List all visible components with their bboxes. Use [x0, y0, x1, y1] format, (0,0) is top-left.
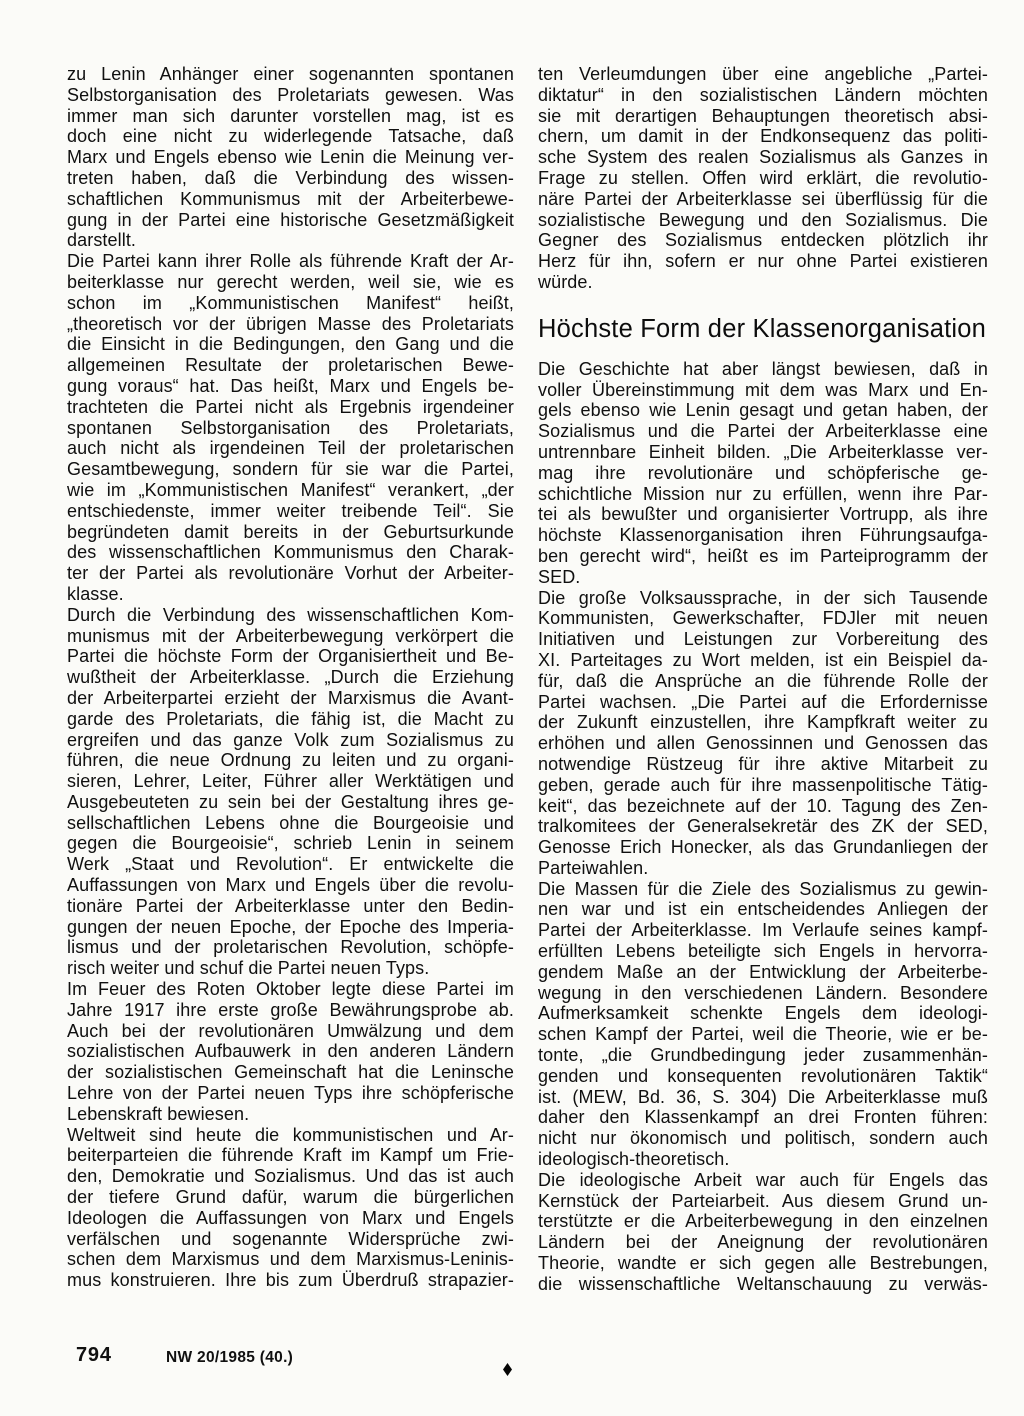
text-line: den, Demokratie und Sozialismus. Und das… — [67, 1166, 514, 1187]
text-line: mus konstruieren. Ihre bis zum Überdruß … — [67, 1270, 514, 1291]
text-line: Selbstorganisation des Proletariats gewe… — [67, 85, 514, 106]
text-line: Gesamtbewegung, sondern für sie war die … — [67, 459, 514, 480]
text-line: schen Kampf der Partei, weil die Theorie… — [538, 1024, 988, 1045]
scanned-page: zu Lenin Anhänger einer sogenannten spon… — [0, 0, 1024, 1416]
text-line: Die ideologische Arbeit war auch für Eng… — [538, 1170, 988, 1191]
paragraph: Im Feuer des Roten Oktober legte diese P… — [67, 979, 514, 1125]
text-line: Lebenskraft bewiesen. — [67, 1104, 514, 1125]
text-line: trachteten die Partei nicht als Ergebnis… — [67, 397, 514, 418]
paragraph: ten Verleumdungen über eine angebliche „… — [538, 64, 988, 293]
paragraph: Die große Volksaussprache, in der sich T… — [538, 588, 988, 879]
text-line: wußtheit der Arbeiterklasse. „Durch die … — [67, 667, 514, 688]
text-line: allgemeinen Resultate der proletarischen… — [67, 355, 514, 376]
text-line: diktatur“ in den sozialistischen Ländern… — [538, 85, 988, 106]
text-line: Theorie, wandte er sich gegen alle Bestr… — [538, 1253, 988, 1274]
text-line: erfüllten Lebens beteiligte sich Engels … — [538, 941, 988, 962]
text-line: ideologisch-theoretisch. — [538, 1149, 988, 1170]
text-line: des wissenschaftlichen Kommunismus den C… — [67, 542, 514, 563]
paragraph: Die ideologische Arbeit war auch für Eng… — [538, 1170, 988, 1295]
text-line: der tiefere Grund dafür, warum die bürge… — [67, 1187, 514, 1208]
text-line: schen dem Marxismus und dem Marxismus-Le… — [67, 1249, 514, 1270]
page-number: 794 — [76, 1344, 112, 1367]
text-line: untrennbare Einheit bilden. „Die Arbeite… — [538, 442, 988, 463]
text-line: der Zukunft einzustellen, ihre Kampfkraf… — [538, 712, 988, 733]
section-heading: Höchste Form der Klassenorganisation — [538, 316, 988, 343]
paragraph: Die Massen für die Ziele des Sozialismus… — [538, 879, 988, 1170]
text-line: Initiativen und Leistungen zur Vorbereit… — [538, 629, 988, 650]
text-line: doch eine nicht zu widerlegende Tatsache… — [67, 126, 514, 147]
text-line: beiterparteien die führende Kraft im Kam… — [67, 1145, 514, 1166]
text-line: munismus mit der Arbeiterbewegung verkör… — [67, 626, 514, 647]
text-line: terstützte er die Arbeiterbewegung in de… — [538, 1211, 988, 1232]
text-line: gegen die Bourgeoisie“, schrieb Lenin in… — [67, 833, 514, 854]
text-line: SED. — [538, 567, 988, 588]
text-line: Lehre von der Partei neuen Typs ihre sch… — [67, 1083, 514, 1104]
text-line: schaftlichen Kommunismus mit der Arbeite… — [67, 189, 514, 210]
diamond-mark — [503, 1363, 512, 1376]
text-line: geben, gerade auch für ihre massenpoliti… — [538, 775, 988, 796]
text-line: voller Übereinstimmung mit dem was Marx … — [538, 380, 988, 401]
text-line: „theoretisch vor der übrigen Masse des P… — [67, 314, 514, 335]
text-line: Werk „Staat und Revolution“. Er entwicke… — [67, 854, 514, 875]
text-line: führen, die neue Ordnung zu leiten und z… — [67, 750, 514, 771]
text-line: Auffassungen von Marx und Engels über di… — [67, 875, 514, 896]
paragraph: Die Geschichte hat aber längst bewiesen,… — [538, 359, 988, 588]
text-line: Herz für ihn, sofern er nur ohne Partei … — [538, 251, 988, 272]
text-line: ter der Partei als revolutionäre Vorhut … — [67, 563, 514, 584]
issue-label: NW 20/1985 (40.) — [166, 1349, 293, 1367]
text-line: der sozialistischen Gemeinschaft hat die… — [67, 1062, 514, 1083]
text-line: sozialistischen Aufbauwerk in den andere… — [67, 1041, 514, 1062]
text-line: ergreifen und das ganze Volk zum Soziali… — [67, 730, 514, 751]
text-line: wie im „Kommunistischen Manifest“ verank… — [67, 480, 514, 501]
text-line: tonte, „die Grundbedingung jeder zusamme… — [538, 1045, 988, 1066]
text-line: die Einsicht in die Bedingungen, den Gan… — [67, 334, 514, 355]
text-line: sellschaftlichen Lebens ohne die Bourgeo… — [67, 813, 514, 834]
text-line: sieren, Lehrer, Leiter, Führer aller Wer… — [67, 771, 514, 792]
text-line: nen war und ist ein entscheidendes Anlie… — [538, 899, 988, 920]
text-line: treten haben, daß die Verbindung des wis… — [67, 168, 514, 189]
text-line: nicht nur ökonomisch und politisch, sond… — [538, 1128, 988, 1149]
text-line: chern, um damit in der Endkonsequenz das… — [538, 126, 988, 147]
text-line: Gegner des Sozialismus entdecken plötzli… — [538, 230, 988, 251]
text-line: Partei die höchste Form der Organisierth… — [67, 646, 514, 667]
text-line: Frage zu stellen. Offen wird erklärt, di… — [538, 168, 988, 189]
text-line: gels ebenso wie Lenin gesagt und getan h… — [538, 400, 988, 421]
paragraph: Weltweit sind heute die kommunistischen … — [67, 1125, 514, 1291]
text-line: beiterklasse nur gerecht werden, weil si… — [67, 272, 514, 293]
text-line: sche System des realen Sozialismus als G… — [538, 147, 988, 168]
text-line: spontanen Selbstorganisation des Proleta… — [67, 418, 514, 439]
text-line: Jahre 1917 ihre erste große Bewährungspr… — [67, 1000, 514, 1021]
text-line: der Arbeiterpartei erzieht der Marxismus… — [67, 688, 514, 709]
text-line: gung in der Partei eine historische Gese… — [67, 210, 514, 231]
text-line: Ausgebeuteten zu sein bei der Gestaltung… — [67, 792, 514, 813]
text-line: Partei der Arbeiterklasse. Im Verlaufe s… — [538, 920, 988, 941]
text-line: garde des Proletariats, die fähig ist, d… — [67, 709, 514, 730]
text-line: klasse. — [67, 584, 514, 605]
text-line: gendem Maße an der Entwicklung der Arbei… — [538, 962, 988, 983]
text-line: Partei wachsen. „Die Partei auf die Erfo… — [538, 692, 988, 713]
right-column: ten Verleumdungen über eine angebliche „… — [538, 64, 988, 1295]
text-line: Ländern bei der Aneignung der revolution… — [538, 1232, 988, 1253]
text-line: Die Geschichte hat aber längst bewiesen,… — [538, 359, 988, 380]
text-line: schon im „Kommunistischen Manifest“ heiß… — [67, 293, 514, 314]
text-line: ben gerecht wird“, heißt es im Parteipro… — [538, 546, 988, 567]
text-line: würde. — [538, 272, 988, 293]
text-line: entschiedenste, immer weiter treibende T… — [67, 501, 514, 522]
text-line: Aufmerksamkeit schenkte Engels dem ideol… — [538, 1003, 988, 1024]
left-column: zu Lenin Anhänger einer sogenannten spon… — [67, 64, 514, 1291]
text-line: Die Massen für die Ziele des Sozialismus… — [538, 879, 988, 900]
text-line: für, daß die Ansprüche an die führende R… — [538, 671, 988, 692]
text-line: notwendige Rüstzeug für ihre aktive Mita… — [538, 754, 988, 775]
text-line: gung voraus“ hat. Das heißt, Marx und En… — [67, 376, 514, 397]
text-line: Marx und Engels ebenso wie Lenin die Mei… — [67, 147, 514, 168]
text-line: tei als bewußter und organisierter Vortr… — [538, 504, 988, 525]
text-line: immer man sich darunter vorstellen mag, … — [67, 106, 514, 127]
text-line: sie mit derartigen Behauptungen theoreti… — [538, 106, 988, 127]
text-line: Kommunisten, Gewerkschafter, FDJler mit … — [538, 608, 988, 629]
text-line: gungen der neuen Epoche, der Epoche des … — [67, 917, 514, 938]
text-line: schichtliche Mission nur zu erfüllen, we… — [538, 484, 988, 505]
text-line: mag ihre revolutionäre und schöpferische… — [538, 463, 988, 484]
text-line: Ideologen die Auffassungen von Marx und … — [67, 1208, 514, 1229]
text-line: begründeten damit bereits in der Geburts… — [67, 522, 514, 543]
text-line: keit“, das bezeichnete auf der 10. Tagun… — [538, 796, 988, 817]
paragraph: Die Partei kann ihrer Rolle als führende… — [67, 251, 514, 605]
text-line: darstellt. — [67, 230, 514, 251]
text-line: lismus und der proletarischen Revolution… — [67, 937, 514, 958]
text-line: ist. (MEW, Bd. 36, S. 304) Die Arbeiterk… — [538, 1087, 988, 1108]
text-line: zu Lenin Anhänger einer sogenannten spon… — [67, 64, 514, 85]
text-line: tralkomitees der Generalsekretär des ZK … — [538, 816, 988, 837]
text-line: Kernstück der Parteiarbeit. Aus diesem G… — [538, 1191, 988, 1212]
text-line: tionäre Partei der Arbeiterklasse unter … — [67, 896, 514, 917]
text-line: verfälschen und sogenannte Widersprüche … — [67, 1229, 514, 1250]
text-line: genden und konsequenten revolutionären T… — [538, 1066, 988, 1087]
text-line: sozialistische Bewegung und den Sozialis… — [538, 210, 988, 231]
text-line: Parteiwahlen. — [538, 858, 988, 879]
text-line: Auch bei der revolutionären Umwälzung un… — [67, 1021, 514, 1042]
text-line: Weltweit sind heute die kommunistischen … — [67, 1125, 514, 1146]
text-line: Sozialismus und die Partei der Arbeiterk… — [538, 421, 988, 442]
text-line: höchste Klassenorganisation ihren Führun… — [538, 525, 988, 546]
text-line: die wissenschaftliche Weltanschauung zu … — [538, 1274, 988, 1295]
text-line: Durch die Verbindung des wissenschaftlic… — [67, 605, 514, 626]
text-line: risch weiter und schuf die Partei neuen … — [67, 958, 514, 979]
text-line: daher den Klassenkampf an drei Fronten f… — [538, 1107, 988, 1128]
text-line: näre Partei der Arbeiterklasse sei überf… — [538, 189, 988, 210]
text-line: wegung in den verschiedenen Ländern. Bes… — [538, 983, 988, 1004]
text-line: Die große Volksaussprache, in der sich T… — [538, 588, 988, 609]
text-line: ten Verleumdungen über eine angebliche „… — [538, 64, 988, 85]
text-line: Die Partei kann ihrer Rolle als führende… — [67, 251, 514, 272]
paragraph: Durch die Verbindung des wissenschaftlic… — [67, 605, 514, 979]
text-line: Im Feuer des Roten Oktober legte diese P… — [67, 979, 514, 1000]
text-line: erhöhen und allen Genossinnen und Genoss… — [538, 733, 988, 754]
text-line: XI. Parteitages zu Wort melden, ist ein … — [538, 650, 988, 671]
paragraph: zu Lenin Anhänger einer sogenannten spon… — [67, 64, 514, 251]
text-line: auch nicht als irgendeinen Teil der prol… — [67, 438, 514, 459]
text-line: Genosse Erich Honecker, als das Grundanl… — [538, 837, 988, 858]
